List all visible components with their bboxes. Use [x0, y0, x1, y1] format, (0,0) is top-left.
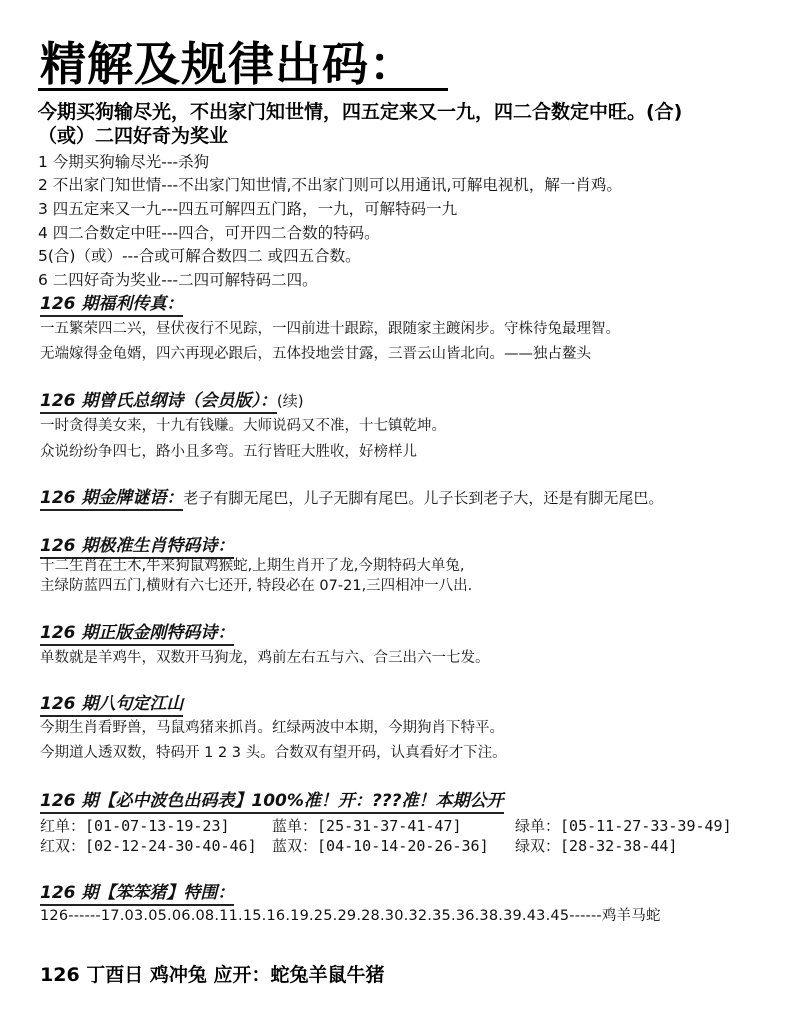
benzhu-numbers: 126------17.03.05.06.08.11.15.16.19.25.2…: [40, 906, 661, 926]
green-odd-cell: 绿单：[05-11-27-33-39-49]: [515, 816, 732, 836]
red-even-cell: 红双：[02-12-24-30-40-46]: [40, 836, 272, 856]
zeng-line: 众说纷纷争四七，路小且多弯。五行皆旺大胜收，好榜样儿: [40, 442, 417, 462]
green-odd-label: 绿单：: [515, 817, 560, 835]
red-odd-numbers: [01-07-13-19-23]: [85, 817, 230, 835]
section-heading-benzhu: 126 期【笨笨猪】特围：: [40, 882, 234, 904]
explanation-item: 3 四五定来又一九---四五可解四五门路，一九，可解特码一九: [38, 198, 457, 220]
section-heading-text: 126 期曾氏总纲诗（会员版）：: [40, 391, 277, 414]
title-underline: [38, 88, 448, 91]
explanation-item: 2 不出家门知世情---不出家门知世情,不出家门则可以用通讯,可解电视机，解一肖…: [38, 174, 622, 196]
section-heading-suffix: (续): [277, 392, 304, 410]
fuli-line: 一五繁荣四二兴，昼伏夜行不见踪，一四前进十跟踪，跟随家主踱闲步。守株待兔最理智。: [40, 319, 620, 339]
footer-summary: 126 丁酉日 鸡冲兔 应开：蛇兔羊鼠牛猪: [40, 963, 385, 987]
intro-verse-line-1: 今期买狗输尽光，不出家门知世情，四五定来又一九，四二合数定中旺。(合): [38, 100, 682, 124]
blue-even-cell: 蓝双：[04-10-14-20-26-36]: [272, 836, 515, 856]
red-even-numbers: [02-12-24-30-40-46]: [85, 837, 257, 855]
wave-color-row-even: 红双：[02-12-24-30-40-46]蓝双：[04-10-14-20-26…: [40, 836, 677, 856]
wave-color-row-odd: 红单：[01-07-13-19-23]蓝单：[25-31-37-41-47]绿单…: [40, 816, 732, 836]
section-heading-text: 126 期八句定江山: [40, 694, 183, 717]
fuli-line: 无端嫁得金龟婿，四六再现必跟后，五体投地尝甘露，三晋云山皆北向。——独占鳌头: [40, 344, 591, 364]
section-heading-bozhong: 126 期【必中波色出码表】100%准！开：???准！本期公开: [40, 790, 504, 812]
section-heading-text: 126 期【必中波色出码表】100%准！开：???准！本期公开: [40, 791, 504, 814]
jizhun-line: 十二生肖在土木,牛来狗鼠鸡猴蛇,上期生肖开了龙,今期特码大单兔,: [40, 556, 464, 576]
section-heading-text: 126 期金牌谜语：: [40, 488, 183, 511]
green-even-cell: 绿双：[28-32-38-44]: [515, 836, 677, 856]
blue-odd-label: 蓝单：: [272, 817, 317, 835]
bajv-line: 今期道人透双数，特码开 1 2 3 头。合数双有望开码，认真看好才下注。: [40, 743, 507, 763]
intro-verse-line-2: （或）二四好奇为奖业: [38, 124, 228, 148]
zeng-line: 一时贪得美女来，十九有钱赚。大师说码又不准，十七镇乾坤。: [40, 416, 446, 436]
section-heading-fuli: 126 期福利传真：: [40, 293, 183, 315]
red-odd-cell: 红单：[01-07-13-19-23]: [40, 816, 272, 836]
explanation-item: 4 四二合数定中旺---四合，可开四二合数的特码。: [38, 222, 380, 244]
bajv-line: 今期生肖看野兽，马鼠鸡猪来抓肖。红绿两波中本期，今期狗肖下特平。: [40, 718, 504, 738]
red-even-label: 红双：: [40, 837, 85, 855]
green-even-numbers: [28-32-38-44]: [560, 837, 677, 855]
section-heading-text: 126 期福利传真：: [40, 294, 183, 317]
blue-odd-numbers: [25-31-37-41-47]: [317, 817, 462, 835]
blue-even-numbers: [04-10-14-20-26-36]: [317, 837, 489, 855]
section-heading-jizhun: 126 期极准生肖特码诗：: [40, 535, 234, 557]
section-heading-jinpai: 126 期金牌谜语：老子有脚无尾巴，儿子无脚有尾巴。儿子长到老子大，还是有脚无尾…: [40, 487, 663, 509]
section-heading-jingang: 126 期正版金刚特码诗：: [40, 622, 234, 644]
red-odd-label: 红单：: [40, 817, 85, 835]
explanation-item: 6 二四好奇为奖业---二四可解特码二四。: [38, 269, 318, 291]
jinpai-riddle-text: 老子有脚无尾巴，儿子无脚有尾巴。儿子长到老子大，还是有脚无尾巴。: [183, 489, 663, 507]
jingang-line: 单数就是羊鸡牛，双数开马狗龙，鸡前左右五与六、合三出六一七发。: [40, 648, 490, 668]
explanation-item: 5(合)（或）---合或可解合数四二 或四五合数。: [38, 245, 361, 267]
section-heading-text: 126 期正版金刚特码诗：: [40, 623, 234, 646]
green-even-label: 绿双：: [515, 837, 560, 855]
section-heading-text: 126 期【笨笨猪】特围：: [40, 883, 234, 906]
blue-odd-cell: 蓝单：[25-31-37-41-47]: [272, 816, 515, 836]
explanation-item: 1 今期买狗输尽光---杀狗: [38, 151, 209, 173]
green-odd-numbers: [05-11-27-33-39-49]: [560, 817, 732, 835]
jizhun-line: 主绿防蓝四五门,横财有六七还开, 特段必在 07-21,三四相冲一八出.: [40, 576, 472, 596]
blue-even-label: 蓝双：: [272, 837, 317, 855]
section-heading-bajv: 126 期八句定江山: [40, 693, 183, 715]
page-title: 精解及规律出码：: [40, 38, 416, 90]
section-heading-zeng: 126 期曾氏总纲诗（会员版）：(续): [40, 390, 304, 412]
